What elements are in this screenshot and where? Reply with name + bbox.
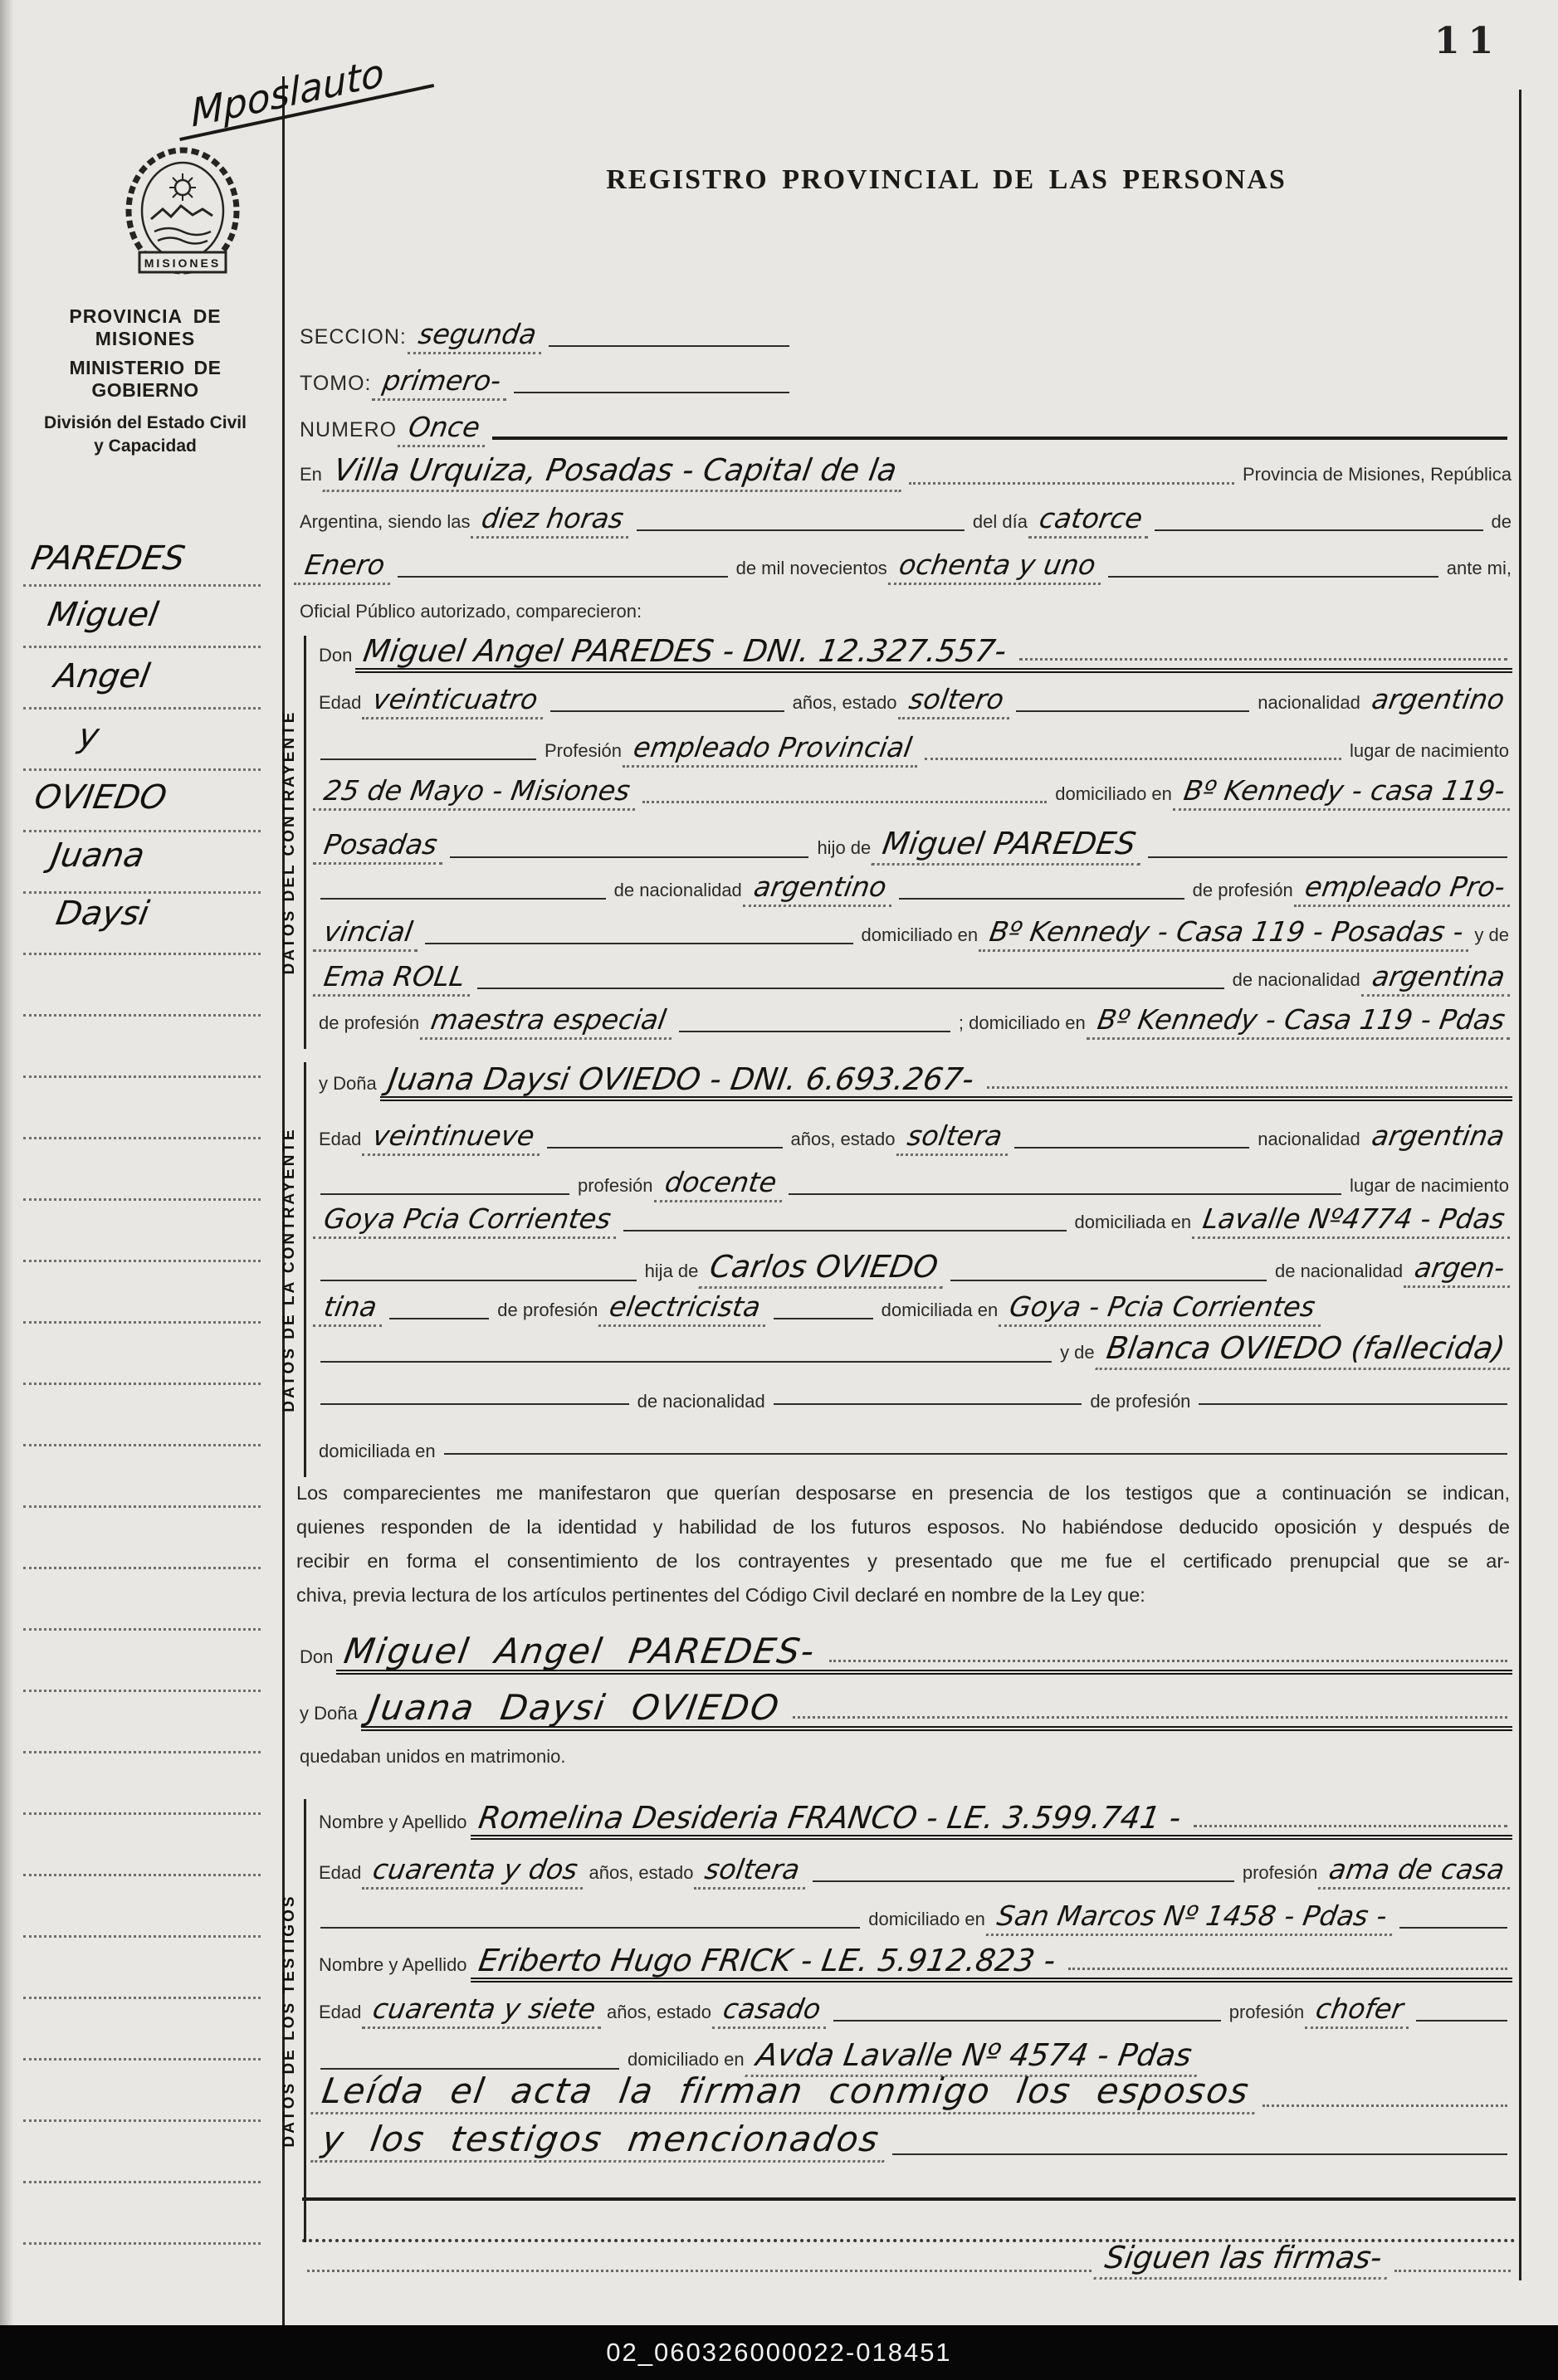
bride-edad-value: veintinueve [362, 1122, 545, 1156]
firmas-value: Siguen las firmas- [1093, 2242, 1392, 2280]
rule-line [833, 2020, 1221, 2022]
page-number: 11 [1434, 20, 1502, 62]
edad-label: Edad [315, 1862, 364, 1884]
de-nacionalidad-label: de nacionalidad [611, 880, 745, 901]
rule-line [1068, 1968, 1507, 1970]
y-de-label: y de [1057, 1342, 1098, 1363]
margin-name: y [76, 717, 102, 755]
argentina-label: Argentina, siendo las [296, 511, 473, 533]
provincial-seal: MISIONES [123, 146, 242, 291]
rule-line [793, 1716, 1507, 1719]
bride-padre-prof-value: electricista [598, 1293, 771, 1327]
bride-lugar-nacimiento-value: Goya Pcia Corrientes [313, 1205, 622, 1239]
groom-domicilio-value: Bº Kennedy - casa 119- [1173, 777, 1516, 811]
division-line1: División del Estado Civil [15, 413, 276, 433]
witness2-name-value: Eriberto Hugo FRICK - LE. 5.912.823 - [467, 1945, 1065, 1978]
profesion-label: profesión [1239, 1862, 1321, 1884]
groom-nacionalidad-value: argentino [1361, 685, 1515, 714]
union-result-label: quedaban unidos en matrimonio. [296, 1746, 569, 1768]
groom-padre-nac-row: de nacionalidad argentino de profesión e… [315, 873, 1512, 907]
groom-profesion-value: empleado Provincial [623, 734, 922, 768]
rule-line [1016, 710, 1249, 712]
groom-madre-value: Ema ROLL [313, 963, 476, 997]
margin-signature-text: Mposlauto [182, 51, 393, 135]
estado-label: años, estado [603, 2002, 715, 2023]
witness1-name-field: Romelina Desideria FRANCO - LE. 3.599.74… [471, 1802, 1512, 1840]
bride-profesion-value: docente [653, 1168, 786, 1202]
margin-name: Juana [48, 836, 148, 875]
de-label: de [1488, 511, 1515, 533]
tomo-value: primero- [372, 367, 511, 401]
groom-padre-prof2-value: vincial [313, 918, 423, 952]
bride-padre-nac2-value: tina [313, 1293, 388, 1327]
rule-line [637, 529, 965, 531]
y-dona-label: y Doña [315, 1073, 380, 1095]
rule-line [642, 801, 1047, 803]
ante-mi-label: ante mi, [1443, 558, 1515, 579]
dia-value: catorce [1028, 505, 1153, 539]
nombre-apellido-label: Nombre y Apellido [315, 1812, 471, 1833]
domiciliada-label: domiciliada en [1072, 1212, 1195, 1233]
groom-madre-prof-row: de profesión maestra especial ; domicili… [315, 1006, 1512, 1040]
del-dia-label: del día [969, 511, 1031, 533]
oficial-row: Oficial Público autorizado, compareciero… [296, 601, 645, 622]
rule-line [774, 1318, 873, 1319]
closing-line1-value: Leída el acta la firman conmigo los espo… [310, 2073, 1261, 2114]
declaration-line2: quienes responden de la identidad y habi… [296, 1516, 1510, 1539]
rule-line [1263, 2104, 1507, 2107]
rule-line [425, 943, 852, 944]
de-profesion-label: de profesión [315, 1012, 422, 1034]
rule-line [514, 392, 789, 393]
declaration-line3: recibir en forma el consentimiento de lo… [296, 1550, 1510, 1573]
bride-madre-value: Blanca OVIEDO (fallecida) [1095, 1333, 1515, 1370]
de-nacionalidad-label: de nacionalidad [1229, 969, 1364, 991]
bride-name-row: y Doña Juana Daysi OVIEDO - DNI. 6.693.2… [315, 1064, 1512, 1101]
estado-label: años, estado [585, 1862, 696, 1884]
rule-line [1199, 1403, 1507, 1405]
witness1-dom-row: domiciliado en San Marcos Nº 1458 - Pdas… [315, 1902, 1512, 1936]
witness1-dom-value: San Marcos Nº 1458 - Pdas - [986, 1902, 1398, 1936]
seal-graphic: MISIONES [123, 146, 242, 287]
witness-section-rule [304, 1799, 306, 2242]
edad-label: Edad [315, 692, 364, 714]
tomo-label: TOMO: [296, 372, 374, 396]
union-groom-row: Don Miguel Angel PAREDES- [296, 1633, 1512, 1675]
numero-label: NUMERO [296, 418, 400, 442]
rule-line [789, 1193, 1341, 1195]
domiciliada-label: domiciliada en [878, 1300, 1002, 1321]
don-label: Don [315, 645, 355, 666]
y-de-label: y de [1471, 924, 1512, 946]
domiciliado-label: domiciliado en [624, 2049, 748, 2070]
rule-line [320, 1193, 569, 1195]
rule-line [892, 2153, 1507, 2155]
bride-profesion-row: profesión docente lugar de nacimiento [315, 1168, 1512, 1202]
witness1-edad-row: Edad cuarenta y dos años, estado soltera… [315, 1856, 1512, 1890]
rule-line [492, 436, 1507, 440]
numero-value: Once [398, 413, 491, 447]
province-name: PROVINCIA DE MISIONES [15, 305, 276, 350]
anio-value: ochenta y uno [888, 551, 1106, 585]
hija-de-label: hija de [642, 1261, 702, 1282]
witness1-estado-value: soltera [694, 1856, 810, 1890]
margin-signature: Mposlauto [171, 43, 435, 141]
groom-name-value: Miguel Angel PAREDES - DNI. 12.327.557- [353, 636, 1017, 668]
margin-name: Angel [51, 657, 153, 695]
witness-section-label: DATOS DE LOS TESTIGOS [281, 1799, 299, 2242]
groom-name-field: Miguel Angel PAREDES - DNI. 12.327.557- [355, 636, 1512, 673]
groom-section-label: DATOS DEL CONTRAYENTE [281, 636, 299, 1049]
rule-line [909, 482, 1234, 485]
witness2-estado-value: casado [712, 1995, 831, 2029]
lugar-nacimiento-label: lugar de nacimiento [1346, 740, 1512, 762]
rule-line [1014, 1147, 1249, 1149]
rule-line [829, 1660, 1507, 1662]
closing-row1: Leída el acta la firman conmigo los espo… [314, 2073, 1512, 2114]
bride-padre-value: Carlos OVIEDO [699, 1251, 949, 1289]
bride-section-rule [304, 1062, 306, 1477]
de-profesion-label: de profesión [1087, 1391, 1194, 1412]
don-label: Don [296, 1646, 336, 1668]
estado-label: años, estado [789, 692, 901, 714]
witness2-name-row: Nombre y Apellido Eriberto Hugo FRICK - … [315, 1945, 1512, 1983]
domiciliado-sc-label: ; domiciliado en [955, 1012, 1089, 1034]
bride-dom-row: domiciliada en [315, 1441, 1512, 1462]
rule-line [307, 2270, 1092, 2272]
provincia-label: Provincia de Misiones, República [1239, 464, 1515, 485]
union-groom-field: Miguel Angel PAREDES- [336, 1633, 1512, 1675]
numero-row: NUMERO Once [296, 413, 1512, 447]
seccion-value: segunda [408, 320, 547, 354]
ministry-name: MINISTERIO DE GOBIERNO [15, 357, 276, 402]
bride-estado-value: soltera [896, 1122, 1012, 1156]
rule-line [320, 2068, 619, 2070]
de-nacionalidad-label: de nacionalidad [1272, 1261, 1406, 1282]
rule-line [320, 758, 536, 760]
groom-madre-row: Ema ROLL de nacionalidad argentina [315, 963, 1512, 997]
groom-padre-dom-row: vincial domiciliado en Bº Kennedy - Casa… [315, 918, 1512, 952]
division-line2: y Capacidad [15, 436, 276, 456]
margin-name: PAREDES [28, 539, 188, 578]
groom-section-rule [304, 636, 306, 1049]
blank-rule-line [302, 2197, 1516, 2201]
groom-edad-row: Edad veinticuatro años, estado soltero n… [315, 685, 1512, 719]
union-bride-row: y Doña Juana Daysi OVIEDO [296, 1690, 1512, 1731]
de-profesion-label: de profesión [494, 1300, 601, 1321]
bride-padre-prof-row: tina de profesión electricista domicilia… [315, 1293, 1512, 1327]
rule-line [679, 1031, 950, 1032]
rule-line [1108, 576, 1438, 578]
profesion-label: profesión [574, 1175, 657, 1197]
rule-line [320, 1403, 629, 1405]
y-dona-label: y Doña [296, 1703, 361, 1724]
bride-padre-nac-value: argen- [1404, 1254, 1515, 1288]
witness2-edad-row: Edad cuarenta y siete años, estado casad… [315, 1995, 1512, 2029]
rule-line [813, 1880, 1234, 1882]
rule-line [444, 1453, 1507, 1455]
profesion-label: Profesión [541, 740, 625, 762]
rule-line [899, 898, 1184, 900]
rule-line [389, 1318, 489, 1319]
nombre-apellido-label: Nombre y Apellido [315, 1954, 471, 1976]
rule-line [549, 345, 789, 347]
lugar-nacimiento-label: lugar de nacimiento [1346, 1175, 1512, 1197]
groom-padre-prof-value: empleado Pro- [1294, 873, 1516, 907]
oficial-label: Oficial Público autorizado, compareciero… [296, 601, 645, 622]
page-title: REGISTRO PROVINCIAL DE LAS PERSONAS [515, 164, 1378, 196]
edad-label: Edad [315, 2002, 364, 2023]
rule-line [547, 1147, 782, 1149]
rule-line [320, 1361, 1052, 1363]
bride-nacionalidad-value: argentina [1361, 1122, 1515, 1151]
rule-line [450, 856, 809, 858]
rule-line [320, 1280, 637, 1281]
groom-nacimiento-row: 25 de Mayo - Misiones domiciliado en Bº … [315, 777, 1512, 811]
union-bride-field: Juana Daysi OVIEDO [361, 1690, 1512, 1731]
de-nacionalidad-label: de nacionalidad [634, 1391, 769, 1412]
bride-edad-row: Edad veintinueve años, estado soltera na… [315, 1122, 1512, 1156]
witness1-name-row: Nombre y Apellido Romelina Desideria FRA… [315, 1802, 1512, 1840]
nacionalidad-label: nacionalidad [1254, 692, 1364, 714]
registry-document-page: 11 Mposlauto REGISTRO PROVINCIAL DE LAS … [0, 0, 1558, 2380]
form-right-border [1519, 90, 1521, 2280]
bride-domicilio-value: Lavalle Nº4774 - Pdas [1192, 1205, 1515, 1239]
declaration-line1: Los comparecientes me manifestaron que q… [296, 1482, 1510, 1505]
groom-padre-nac-value: argentino [743, 873, 897, 907]
bride-madre-row: y de Blanca OVIEDO (fallecida) [315, 1333, 1512, 1370]
de-profesion-label: de profesión [1189, 880, 1297, 901]
groom-name-row: Don Miguel Angel PAREDES - DNI. 12.327.5… [315, 636, 1512, 673]
ministry-block: PROVINCIA DE MISIONES MINISTERIO DE GOBI… [15, 305, 276, 456]
rule-line [1394, 2270, 1511, 2272]
lugar-value: Villa Urquiza, Posadas - Capital de la [322, 455, 906, 492]
rule-line [1019, 658, 1507, 661]
rule-line [1194, 1825, 1507, 1827]
seccion-label: SECCION: [296, 325, 410, 349]
groom-padre-dom-value: Bº Kennedy - Casa 119 - Posadas - [979, 918, 1474, 952]
union-bride-value: Juana Daysi OVIEDO [358, 1690, 790, 1726]
groom-padre-value: Miguel PAREDES [872, 828, 1146, 866]
groom-profesion-row: Profesión empleado Provincial lugar de n… [315, 734, 1512, 768]
seal-banner-text: MISIONES [144, 256, 221, 270]
groom-estado-value: soltero [897, 685, 1013, 719]
rule-line [320, 898, 606, 900]
bride-name-field: Juana Daysi OVIEDO - DNI. 6.693.267- [380, 1064, 1512, 1101]
tomo-row: TOMO: primero- [296, 367, 794, 401]
rule-line [320, 1927, 860, 1929]
groom-hijo-row: Posadas hijo de Miguel PAREDES [315, 828, 1512, 866]
nacionalidad-label: nacionalidad [1254, 1129, 1364, 1150]
witness1-edad-value: cuarenta y dos [362, 1856, 589, 1890]
domiciliado-label: domiciliado en [858, 924, 982, 946]
hora-dia-row: Argentina, siendo las diez horas del día… [296, 505, 1515, 539]
footer-id-strip: 02_060326000022-018451 [0, 2325, 1558, 2380]
margin-name: Daysi [53, 895, 152, 933]
rule-line [550, 710, 784, 712]
rule-line [623, 1230, 1066, 1231]
profesion-label: profesión [1226, 2002, 1308, 2023]
en-label: En [296, 464, 325, 485]
rule-line [950, 1280, 1267, 1281]
bride-nacimiento-row: Goya Pcia Corrientes domiciliada en Lava… [315, 1205, 1512, 1239]
witness2-name-field: Eriberto Hugo FRICK - LE. 5.912.823 - [471, 1945, 1512, 1983]
bride-hija-row: hija de Carlos OVIEDO de nacionalidad ar… [315, 1251, 1512, 1289]
mes-value: Enero [294, 551, 395, 585]
rule-line [1148, 856, 1507, 858]
witness2-edad-value: cuarenta y siete [362, 1995, 606, 2029]
groom-madre-prof-value: maestra especial [420, 1006, 676, 1040]
witness1-name-value: Romelina Desideria FRANCO - LE. 3.599.74… [467, 1802, 1190, 1835]
closing-line2-value: y los testigos mencionados [310, 2121, 891, 2163]
mes-anio-row: Enero de mil novecientos ochenta y uno a… [296, 551, 1515, 585]
rule-line [774, 1403, 1082, 1405]
bride-padre-dom-value: Goya - Pcia Corrientes [999, 1293, 1326, 1327]
domiciliada-label: domiciliada en [315, 1441, 439, 1462]
edad-label: Edad [315, 1129, 364, 1150]
hijo-de-label: hijo de [813, 837, 874, 859]
rule-line [1399, 1927, 1507, 1929]
rule-line [1416, 2020, 1507, 2022]
firmas-row: Siguen las firmas- [302, 2242, 1516, 2280]
estado-label: años, estado [788, 1129, 899, 1150]
groom-madre-dom-value: Bº Kennedy - Casa 119 - Pdas [1087, 1006, 1516, 1040]
hora-value: diez horas [471, 505, 634, 539]
de-mil-label: de mil novecientos [733, 558, 891, 579]
domiciliado-label: domiciliado en [1052, 783, 1175, 805]
union-groom-value: Miguel Angel PAREDES- [334, 1633, 827, 1670]
rule-line [477, 988, 1223, 989]
groom-edad-value: veinticuatro [362, 685, 548, 719]
bride-section-label: DATOS DE LA CONTRAYENTE [281, 1062, 299, 1477]
rule-line [987, 1086, 1508, 1089]
bride-name-value: Juana Daysi OVIEDO - DNI. 6.693.267- [378, 1064, 984, 1096]
witness1-profesion-value: ama de casa [1318, 1856, 1515, 1890]
rule-line [398, 576, 728, 578]
lugar-row: En Villa Urquiza, Posadas - Capital de l… [296, 455, 1515, 492]
bride-madre-nac-row: de nacionalidad de profesión [315, 1391, 1512, 1412]
witness2-profesion-value: chofer [1305, 1995, 1414, 2029]
domiciliado-label: domiciliado en [865, 1909, 989, 1930]
rule-line [1155, 529, 1482, 531]
document-id: 02_060326000022-018451 [606, 2338, 951, 2368]
margin-name: Miguel [45, 596, 161, 634]
groom-lugar-nacimiento-value: 25 de Mayo - Misiones [313, 777, 641, 811]
rule-line [925, 758, 1341, 760]
closing-row2: y los testigos mencionados [314, 2121, 1512, 2163]
margin-name: OVIEDO [32, 778, 169, 817]
seccion-row: SECCION: segunda [296, 320, 794, 354]
groom-madre-nac-value: argentina [1361, 963, 1516, 997]
union-result-row: quedaban unidos en matrimonio. [296, 1746, 569, 1768]
declaration-line4: chiva, previa lectura de los artículos p… [296, 1584, 1510, 1607]
groom-domicilio2-value: Posadas [313, 831, 447, 865]
